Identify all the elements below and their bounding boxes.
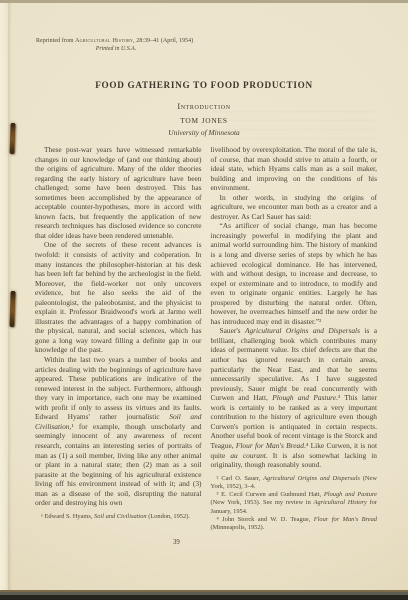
page-number: 39 bbox=[173, 539, 180, 546]
right-footnotes: ² Carl O. Sauer, Agricultural Origins an… bbox=[211, 475, 378, 533]
left-column: These post-war years have witnessed rema… bbox=[35, 145, 202, 533]
reprint-article-page: Reprinted from Agricultural History, 28:… bbox=[0, 3, 408, 592]
paragraph: These post-war years have witnessed rema… bbox=[35, 145, 202, 240]
footnote-4: ⁴ John Storck and W. D. Teague, Flour fo… bbox=[211, 516, 378, 533]
paragraph: Sauer's Agricultural Origins and Dispers… bbox=[211, 326, 378, 469]
footnote-3: ³ E. Cecil Curwen and Gudmund Hatt, Plou… bbox=[211, 491, 378, 516]
article-title: FOOD GATHERING TO FOOD PRODUCTION bbox=[0, 80, 408, 91]
author-affiliation: University of Minnesota bbox=[0, 128, 408, 137]
printed-in-line: Printed in U.S.A. bbox=[36, 46, 196, 54]
paragraph: One of the secrets of these recent advan… bbox=[35, 240, 202, 355]
section-heading: Introduction bbox=[0, 102, 408, 111]
footnote-1: ¹ Edward S. Hyams, Soil and Civilisation… bbox=[35, 513, 202, 521]
right-column: livelihood by overexploitation. The mora… bbox=[211, 145, 378, 533]
two-column-body: These post-war years have witnessed rema… bbox=[0, 145, 408, 533]
paragraph-continuation: livelihood by overexploitation. The mora… bbox=[211, 145, 378, 193]
block-quote: “As artificer of social change, man has … bbox=[211, 221, 378, 326]
left-footnotes: ¹ Edward S. Hyams, Soil and Civilisation… bbox=[35, 513, 202, 521]
footnote-2: ² Carl O. Sauer, Agricultural Origins an… bbox=[211, 475, 378, 492]
paragraph: Within the last two years a number of bo… bbox=[35, 355, 202, 508]
paragraph: In other words, in studying the origins … bbox=[211, 193, 378, 222]
reprint-info: Reprinted from Agricultural History, 28:… bbox=[36, 38, 246, 53]
scan-bottom-edge bbox=[0, 592, 408, 595]
author-name: TOM JONES bbox=[0, 116, 408, 125]
reprint-source-line: Reprinted from Agricultural History, 28:… bbox=[36, 38, 246, 46]
